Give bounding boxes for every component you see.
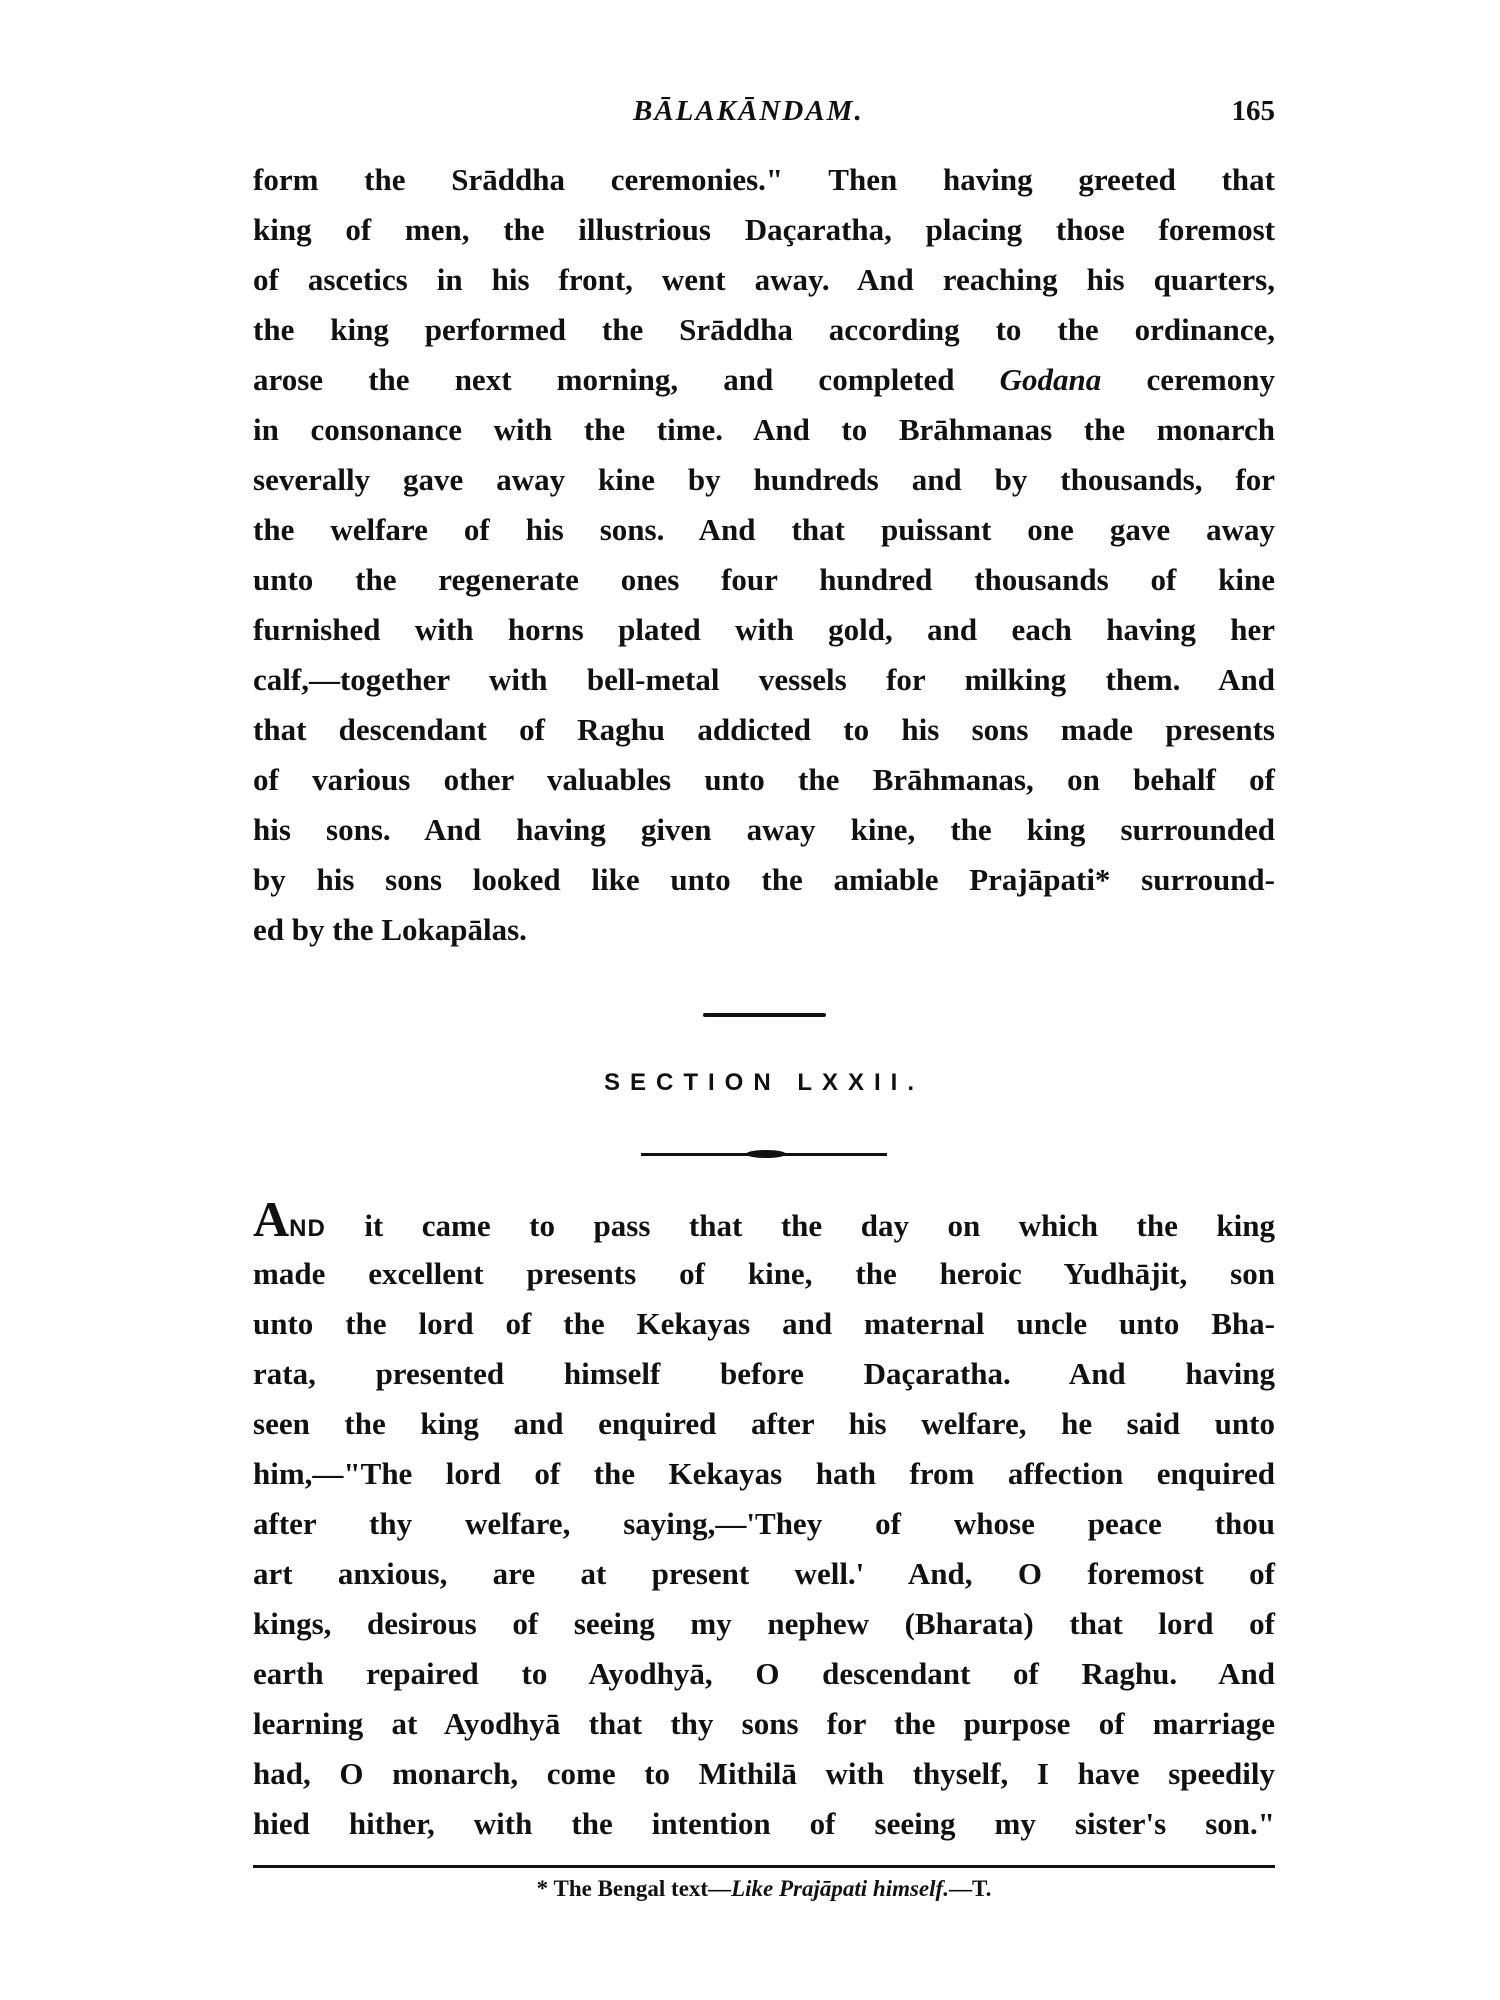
text-line: of various other valuables unto the Brāh… (253, 755, 1275, 805)
text-line: art anxious, are at present well.' And, … (253, 1549, 1275, 1599)
page-number: 165 (1232, 95, 1276, 128)
book-page: BĀLAKĀNDAM. 165 form the Srāddha ceremon… (253, 95, 1275, 1902)
text-line: severally gave away kine by hundreds and… (253, 455, 1275, 505)
text-line: his sons. And having given away kine, th… (253, 805, 1275, 855)
section-divider-rule (703, 1013, 826, 1017)
small-caps: ND (289, 1215, 326, 1242)
footnote-marker: * (537, 1876, 549, 1901)
running-head: BĀLAKĀNDAM. 165 (253, 95, 1275, 155)
footnote: * The Bengal text—Like Prajāpati himself… (253, 1876, 1275, 1902)
paragraph-continuation: form the Srāddha ceremonies." Then havin… (253, 155, 1275, 955)
ornament-knot-icon (746, 1150, 786, 1158)
text-line: after thy welfare, saying,—'They of whos… (253, 1499, 1275, 1549)
text-line: of ascetics in his front, went away. And… (253, 255, 1275, 305)
footnote-rule (253, 1865, 1275, 1868)
running-title: BĀLAKĀNDAM. (633, 95, 864, 128)
text-line: king of men, the illustrious Daçaratha, … (253, 205, 1275, 255)
drop-cap: A (253, 1191, 289, 1247)
ornament-divider (641, 1149, 887, 1159)
text-line: earth repaired to Ayodhyā, O descendant … (253, 1649, 1275, 1699)
text-line: furnished with horns plated with gold, a… (253, 605, 1275, 655)
text-line: AND it came to pass that the day on whic… (253, 1199, 1275, 1249)
text-line: him,—"The lord of the Kekayas hath from … (253, 1449, 1275, 1499)
text-line: form the Srāddha ceremonies." Then havin… (253, 155, 1275, 205)
footnote-lead: The Bengal text— (553, 1876, 731, 1901)
text-line: unto the regenerate ones four hundred th… (253, 555, 1275, 605)
text-line: that descendant of Raghu addicted to his… (253, 705, 1275, 755)
text-line: arose the next morning, and completed Go… (253, 355, 1275, 405)
text-line: kings, desirous of seeing my nephew (Bha… (253, 1599, 1275, 1649)
text-line: by his sons looked like unto the amiable… (253, 855, 1275, 905)
text-line: made excellent presents of kine, the her… (253, 1249, 1275, 1299)
paragraph-section-start: AND it came to pass that the day on whic… (253, 1199, 1275, 1849)
footnote-italic: Like Prajāpati himself. (731, 1876, 949, 1901)
text-line: unto the lord of the Kekayas and materna… (253, 1299, 1275, 1349)
text-line: the king performed the Srāddha according… (253, 305, 1275, 355)
text-line: ed by the Lokapālas. (253, 905, 1275, 955)
text-line: had, O monarch, come to Mithilā with thy… (253, 1749, 1275, 1799)
text-fragment: arose the next morning, and completed (253, 362, 954, 397)
text-fragment: ceremony (1146, 362, 1275, 397)
text-line: hied hither, with the intention of seein… (253, 1799, 1275, 1849)
text-line: learning at Ayodhyā that thy sons for th… (253, 1699, 1275, 1749)
text-line: calf,—together with bell-metal vessels f… (253, 655, 1275, 705)
italic-term: Godana (1000, 362, 1102, 397)
text-line: rata, presented himself before Daçaratha… (253, 1349, 1275, 1399)
section-heading: SECTION LXXII. (253, 1069, 1275, 1097)
footnote-trail: —T. (949, 1876, 991, 1901)
text-line: the welfare of his sons. And that puissa… (253, 505, 1275, 555)
text-fragment: it came to pass that the day on which th… (326, 1208, 1275, 1243)
text-line: seen the king and enquired after his wel… (253, 1399, 1275, 1449)
text-line: in consonance with the time. And to Brāh… (253, 405, 1275, 455)
